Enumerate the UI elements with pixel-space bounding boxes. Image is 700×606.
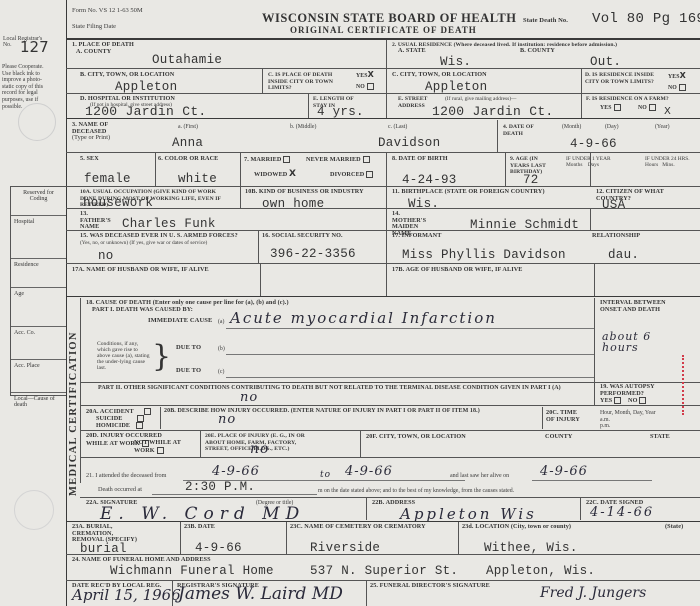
mother-value: Minnie Schmidt (470, 218, 579, 232)
checkbox (157, 447, 164, 454)
business-label: 10b. KIND OF BUSINESS OR INDUSTRY (245, 189, 364, 196)
cause-c-line[interactable] (226, 377, 594, 378)
checkbox (649, 104, 656, 111)
rule (366, 581, 367, 606)
race-label: 6. COLOR OR RACE (158, 156, 218, 163)
state-filing-date-label: State Filing Date (72, 24, 116, 30)
coding-box: Reserved for Coding Hospital Residence A… (10, 186, 66, 396)
checkbox (136, 422, 143, 429)
coding-row-local-cause: Local—Cause of death (11, 393, 66, 411)
rule (360, 431, 361, 457)
rule (240, 153, 241, 208)
farm-label: f. IS RESIDENCE ON A FARM? (586, 96, 669, 103)
birthplace-value: Wis. (408, 197, 439, 211)
first-name-label: a. (First) (178, 124, 198, 130)
street-address-label: e. STREET ADDRESS (398, 96, 434, 109)
cause-a-line (226, 328, 594, 329)
last-name-label: c. (Last) (388, 124, 407, 130)
attended-to-value: 4-9-66 (345, 464, 393, 479)
ssn-label: 16. SOCIAL SECURITY NO. (262, 233, 343, 240)
rule (200, 431, 201, 457)
under-24-hrs-label: IF UNDER 24 HRS.Hours Mins. (645, 156, 690, 168)
punch-hole (18, 103, 56, 141)
form-number: Form No. VS 12 1-63 50M (72, 8, 143, 14)
yes-label: YES (600, 105, 612, 111)
rule (80, 457, 700, 458)
part2-label: PART II. OTHER SIGNIFICANT CONDITIONS CO… (98, 385, 588, 392)
informant-value: Miss Phyllis Davidson (402, 248, 566, 262)
rule (66, 521, 700, 522)
rule (66, 186, 700, 187)
date-received-value: April 15, 1966 (72, 586, 181, 604)
dob-label: 8. DATE OF BIRTH (392, 156, 448, 163)
rule (286, 522, 287, 554)
yes-label: YES (600, 397, 612, 404)
injury-city-label: 20f. CITY, TOWN, OR LOCATION (366, 434, 466, 441)
rule (386, 153, 387, 296)
death-occurred-suffix: m on the date stated above; and to the b… (318, 488, 514, 494)
death-time-line (152, 494, 317, 495)
injury-description-value: no (218, 412, 236, 427)
checkbox-checked: X (680, 71, 686, 80)
street-address-sublabel: (If rural, give mailing address)— (445, 96, 516, 102)
dob-value: 4-24-93 (402, 173, 457, 187)
widowed-label[interactable]: WIDOWED X (254, 171, 296, 179)
no-label: NO (356, 84, 365, 90)
place-of-death-label: 1. PLACE OF DEATH a. COUNTY (72, 42, 134, 55)
death-occurred-at-label: Death occurred at (98, 487, 142, 493)
age-value: 72 (523, 173, 539, 187)
instructions-line: improve a photo- (2, 77, 64, 84)
street-address-value: 1200 Jardin Ct. (432, 104, 554, 119)
injury-description-label: 20b. DESCRIBE HOW INJURY OCCURRED. (Ente… (164, 408, 480, 415)
checkbox (137, 415, 144, 422)
rule (580, 498, 581, 520)
instructions-line: record for legal (2, 90, 64, 97)
brace: } (152, 342, 171, 372)
checkbox (367, 83, 374, 90)
date-signed-value: 4-14-66 (590, 505, 654, 520)
rule (66, 554, 700, 555)
business-value: own home (262, 197, 324, 211)
cause-b-label: (b) (218, 346, 225, 352)
spouse-name-label: 17a. NAME OF HUSBAND OR WIFE, IF ALIVE (72, 267, 209, 274)
cause-a-label: (a) (218, 319, 224, 325)
injury-not-at-work-label[interactable]: NOT WHILE AT WORK (134, 440, 194, 454)
time-of-injury-columns: Hour, Month, Day, Year (600, 410, 656, 416)
checkbox (679, 84, 686, 91)
death-inside-city-label: c. IS PLACE OF DEATH INSIDE CITY OR TOWN… (268, 72, 353, 92)
rule (66, 38, 700, 40)
rule (80, 298, 81, 483)
injury-state-label: STATE (650, 434, 670, 441)
married-text: 7. MARRIED (244, 156, 281, 163)
coding-row-reserved: Reserved for Coding (11, 187, 66, 216)
yes-label: YES (668, 74, 680, 80)
death-county-value: Outahamie (152, 53, 222, 67)
burial-state-label: (State) (665, 524, 683, 531)
rule (366, 498, 367, 520)
county-label: a. COUNTY (72, 49, 134, 56)
rule (66, 580, 700, 581)
usual-residence-heading: 2. USUAL RESIDENCE (Where deceased lived… (392, 42, 617, 49)
burial-date-label: 23b. DATE (184, 524, 215, 531)
accident-text: 20a. ACCIDENT (86, 408, 134, 415)
date-of-death-label: 4. DATE OF DEATH (503, 124, 539, 137)
due-to-b-label: DUE TO (176, 345, 201, 352)
divorced-label[interactable]: DIVORCED (330, 171, 373, 179)
time-of-injury-label: 20c. TIME OF INJURY (546, 410, 586, 423)
conditions-note: Conditions, if any, which gave rise to a… (97, 341, 152, 371)
date-of-death-value: 4-9-66 (570, 137, 617, 151)
widowed-text: WIDOWED (254, 171, 287, 178)
interval-value: about 6 hours (602, 331, 692, 353)
hours-label: Hours (645, 162, 658, 168)
due-to-c-label: DUE TO (176, 368, 201, 375)
am-pm-label: a.m. p.m. (600, 417, 610, 429)
farm-yes[interactable]: YES (600, 104, 621, 111)
coding-row-acc-co: Acc. Co. (11, 327, 66, 360)
residence-county-value: Out. (590, 55, 621, 69)
last-saw-value: 4-9-66 (540, 464, 588, 479)
funeral-home-street: 537 N. Superior St. (310, 564, 458, 578)
punch-hole (14, 490, 54, 530)
last-name-value: Davidson (378, 136, 440, 150)
checkbox-checked: X (368, 70, 374, 79)
rule (458, 522, 459, 554)
homicide-text: HOMICIDE (96, 422, 130, 429)
funeral-home-name: Wichmann Funeral Home (110, 564, 274, 578)
residence-inside-city-label: d. IS RESIDENCE INSIDE CITY OR TOWN LIMI… (585, 72, 657, 85)
local-registrar-number: 127 (20, 38, 49, 56)
mins-label: Mins. (662, 162, 674, 168)
to-label: to (320, 470, 331, 480)
relationship-label: RELATIONSHIP (592, 233, 640, 240)
farm-no[interactable]: NO (638, 104, 656, 111)
sex-value: female (84, 172, 131, 186)
middle-name-label: b. (Middle) (290, 124, 316, 130)
funeral-home-label: 24. NAME OF FUNERAL HOME AND ADDRESS (72, 557, 211, 564)
never-married-text: NEVER MARRIED (306, 156, 361, 163)
month-label: (Month) (562, 124, 581, 130)
checkbox (363, 156, 370, 163)
burial-date-value: 4-9-66 (195, 541, 242, 555)
hospital-value: 1200 Jardin Ct. (85, 104, 207, 119)
disposition-label: 23a. BURIAL, CREMATION, REMOVAL (Specify… (72, 524, 142, 544)
armed-forces-value: no (98, 249, 114, 263)
rule (581, 69, 582, 93)
no-label: NO (628, 397, 637, 404)
rule (80, 497, 700, 498)
instructions-line: Please Cooperate. (2, 64, 64, 71)
rule (160, 407, 161, 429)
checkbox (283, 156, 290, 163)
rule (260, 264, 261, 296)
state-death-no-value: Vol 80 Pg 169 (592, 11, 700, 27)
checkbox (366, 171, 373, 178)
immediate-cause-label: IMMEDIATE CAUSE (148, 318, 212, 325)
residence-state-value: Wis. (440, 55, 471, 69)
form-subtitle: ORIGINAL CERTIFICATE OF DEATH (290, 25, 477, 35)
rule (80, 430, 700, 431)
rule (180, 522, 181, 554)
rule (594, 264, 595, 296)
length-of-stay-value: 4 yrs. (317, 105, 364, 119)
sex-label: 5. SEX (80, 156, 99, 163)
rule (308, 94, 309, 118)
red-ink-marks (682, 355, 686, 415)
coding-row-residence: Residence (11, 259, 66, 288)
race-value: white (178, 172, 217, 186)
rule (581, 94, 582, 118)
attended-label: 21. I attended the deceased from (86, 473, 166, 479)
residence-city-value: Appleton (425, 80, 487, 94)
form-title: WISCONSIN STATE BOARD OF HEALTH (262, 11, 516, 26)
spouse-age-label: 17b. AGE OF HUSBAND OR WIFE, IF ALIVE (392, 267, 523, 274)
residence-county-label: b. COUNTY (520, 48, 555, 55)
rule (155, 153, 156, 186)
injury-county-label: COUNTY (545, 434, 572, 441)
place-of-injury-value: no (250, 441, 269, 457)
farm-mark: X (664, 106, 671, 117)
day-label: (Day) (605, 124, 619, 130)
funeral-home-city: Appleton, Wis. (486, 564, 595, 578)
rule (258, 231, 259, 263)
ssn-value: 396-22-3356 (270, 247, 356, 261)
occupation-value: housework (83, 196, 153, 210)
last-saw-label: and last saw her alive on (450, 473, 509, 479)
death-city-value: Appleton (115, 80, 177, 94)
rule (386, 40, 387, 118)
no-label: NO (668, 85, 677, 91)
checkbox (639, 397, 646, 404)
rule (262, 69, 263, 93)
year-label: (Year) (655, 124, 670, 130)
autopsy-no[interactable]: NO (628, 397, 646, 405)
cause-b-line[interactable] (226, 354, 594, 355)
no-label: NO (638, 105, 647, 111)
suicide-text: SUICIDE (96, 415, 123, 422)
burial-location-value: Withee, Wis. (484, 541, 578, 555)
death-inside-city-no[interactable]: NO (356, 83, 374, 90)
last-saw-line (532, 480, 652, 481)
death-time-value: 2:30 P.M. (185, 480, 255, 494)
autopsy-yes[interactable]: YES (600, 397, 621, 405)
yes-label: YES (356, 73, 368, 79)
armed-forces-label: 15. WAS DECEASED EVER IN U. S. ARMED FOR… (80, 233, 238, 240)
medical-certification-side-label: MEDICAL CERTIFICATION (68, 331, 79, 496)
cause-c-label: (c) (218, 369, 224, 375)
never-married-label[interactable]: NEVER MARRIED (306, 156, 370, 164)
first-name-value: Anna (172, 136, 203, 150)
rule (66, 152, 700, 153)
rule (66, 263, 700, 264)
registrar-signature: James W. Laird MD (178, 584, 343, 604)
checkbox-checked: X (289, 169, 296, 179)
residence-inside-city-no[interactable]: NO (668, 84, 686, 91)
months-label: Months (566, 162, 582, 168)
coding-row-hospital: Hospital (11, 216, 66, 259)
rule (80, 405, 700, 406)
rule (594, 382, 595, 405)
burial-location-label: 23d. LOCATION (City, town or county) (462, 524, 571, 531)
funeral-director-signature-label: 25. FUNERAL DIRECTOR'S SIGNATURE (370, 583, 490, 590)
relationship-value: dau. (608, 248, 639, 262)
armed-forces-sublabel: (Yes, no, or unknown) (If yes, give war … (80, 240, 207, 246)
homicide-option[interactable]: HOMICIDE (96, 422, 143, 430)
divorced-text: DIVORCED (330, 171, 364, 178)
cemetery-label: 23c. NAME OF CEMETERY OR CREMATORY (290, 524, 426, 531)
citizen-value: USA (602, 198, 625, 212)
part2-value: no (240, 390, 258, 405)
funeral-director-signature: Fred J. Jungers (540, 585, 646, 601)
coding-row-age: Age (11, 288, 66, 327)
father-value: Charles Funk (122, 217, 216, 231)
days-label: Days (588, 162, 599, 168)
usual-residence-label: 2. USUAL RESIDENCE (Where deceased lived… (392, 42, 617, 49)
rule (542, 407, 543, 429)
type-or-print-label: (Type or Print) (72, 135, 132, 142)
instructions-line: Use black ink to (2, 71, 64, 78)
rule (172, 581, 173, 606)
rule (590, 209, 591, 230)
married-label[interactable]: 7. MARRIED (244, 156, 290, 164)
birthplace-label: 11. BIRTHPLACE (State or foreign country… (392, 189, 545, 196)
rule (505, 153, 506, 186)
residence-state-label: a. STATE (398, 48, 426, 55)
father-label: 13. FATHER'S NAME (80, 211, 120, 231)
checkbox (614, 397, 621, 404)
part1-label: PART I. DEATH WAS CAUSED BY: (92, 307, 193, 314)
checkbox (144, 408, 151, 415)
cemetery-value: Riverside (310, 541, 380, 555)
death-inside-city-yes[interactable]: YESX (356, 72, 374, 80)
checkbox (614, 104, 621, 111)
attended-from-value: 4-9-66 (212, 464, 260, 479)
coding-row-acc-place: Acc. Place (11, 360, 66, 393)
immediate-cause-value: Acute myocardial Infarction (230, 309, 497, 327)
residence-city-label: c. CITY, TOWN, OR LOCATION (392, 72, 487, 79)
rule (66, 296, 700, 297)
death-city-label: b. CITY, TOWN, OR LOCATION (80, 72, 174, 79)
rule (594, 298, 595, 382)
state-death-no-label: State Death No. (523, 18, 568, 25)
frame-left-rule (66, 0, 67, 606)
residence-inside-city-yes[interactable]: YESX (668, 73, 686, 81)
under-1-year-label: IF UNDER 1 YEARMonths Days (566, 156, 611, 168)
rule (497, 120, 498, 152)
informant-label: 17. INFORMANT (392, 233, 441, 240)
interval-label: INTERVAL BETWEEN ONSET AND DEATH (600, 300, 680, 313)
deceased-name-label: 3. NAME OF DECEASED (Type or Print) (72, 122, 132, 142)
